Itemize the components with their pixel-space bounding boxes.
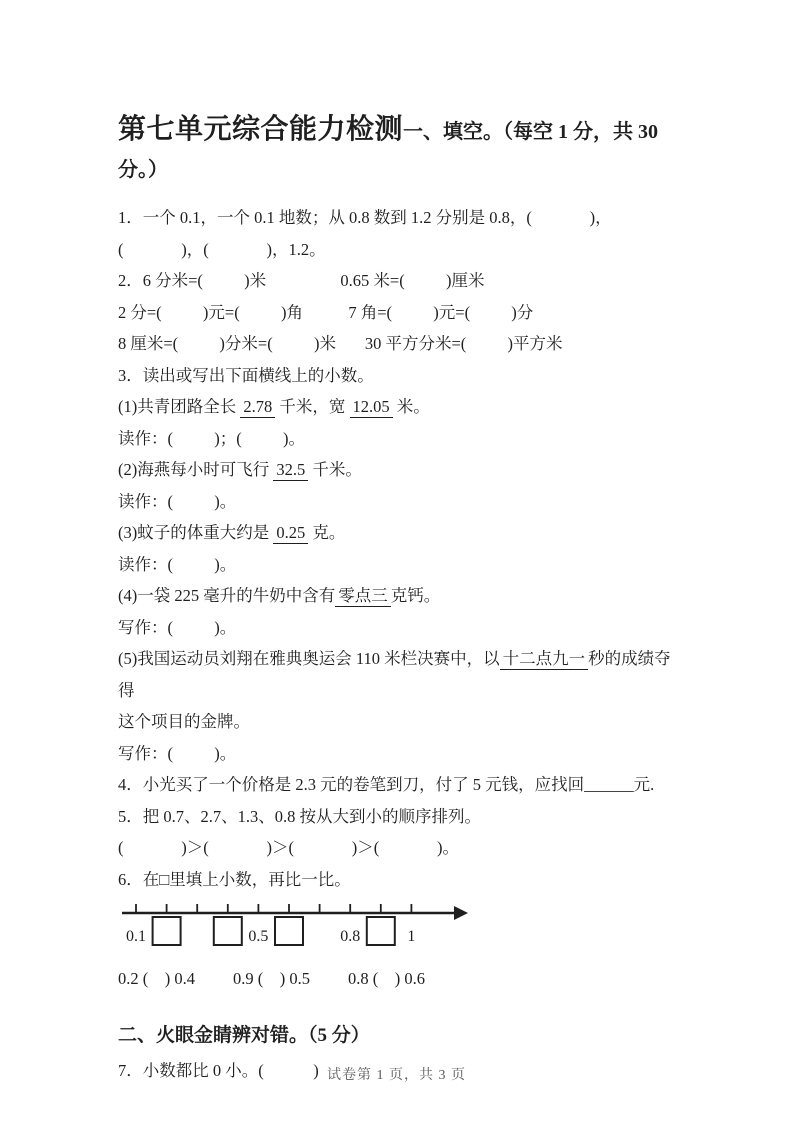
comparison-item-3: 0.8 ( ) 0.6 <box>348 967 425 991</box>
comparison-item-2: 0.9 ( ) 0.5 <box>233 967 310 991</box>
text-segment: 这个项目的金牌。 <box>118 712 250 731</box>
text-segment: (2)海燕每小时可飞行 <box>118 460 273 479</box>
tick-label: 0.8 <box>340 928 360 945</box>
question-line-9: (2)海燕每小时可飞行 32.5 千米。 <box>118 454 684 486</box>
underlined-value: 0.25 <box>273 523 308 544</box>
question-line-13: (4)一袋 225 毫升的牛奶中含有零点三克钙。 <box>118 580 684 612</box>
comparison-item-1: 0.2 ( ) 0.4 <box>118 967 195 991</box>
text-segment: 克钙。 <box>391 586 441 605</box>
underlined-value: 十二点九一 <box>500 649 589 670</box>
question-line-10: 读作：( )。 <box>118 486 684 518</box>
axis-arrowhead-icon <box>454 906 468 920</box>
question-line-21: 6．在□里填上小数，再比一比。 <box>118 864 684 896</box>
text-segment: 读作：( )。 <box>118 492 236 511</box>
test-paper-page: 第七单元综合能力检测一、填空。（每空 1 分，共 30 分。） 1．一个 0.1… <box>0 0 793 1122</box>
question-line-14: 写作：( )。 <box>118 612 684 644</box>
question-line-17: 写作：( )。 <box>118 738 684 770</box>
question-line-6: 3．读出或写出下面横线上的小数。 <box>118 360 684 392</box>
text-segment: 2 分=( )元=( )角 7 角=( )元=( )分 <box>118 303 533 322</box>
question-line-5: 8 厘米=( )分米=( )米 30 平方分米=( )平方米 <box>118 328 684 360</box>
text-segment: 千米，宽 <box>275 397 349 416</box>
text-segment: 2．6 分米=( )米 0.65 米=( )厘米 <box>118 271 484 290</box>
title-row: 第七单元综合能力检测一、填空。（每空 1 分，共 30 分。） <box>118 112 684 190</box>
question-line-1: 1．一个 0.1，一个 0.1 地数；从 0.8 数到 1.2 分别是 0.8，… <box>118 202 684 234</box>
page-title: 第七单元综合能力检测 <box>118 114 403 145</box>
text-segment: 8 厘米=( )分米=( )米 30 平方分米=( )平方米 <box>118 334 563 353</box>
tick-label: 1 <box>407 928 415 945</box>
text-segment: ( )＞( )＞( )＞( )。 <box>118 838 459 857</box>
underlined-value: 2.78 <box>240 397 275 418</box>
tick-label: 0.5 <box>248 928 268 945</box>
fill-in-box <box>153 917 181 945</box>
question-line-18: 4．小光买了一个价格是 2.3 元的卷笔到刀，付了 5 元钱，应找回______… <box>118 769 684 801</box>
comparison-row: 0.2 ( ) 0.40.9 ( ) 0.50.8 ( ) 0.6 <box>118 967 684 991</box>
text-segment: 写作：( )。 <box>118 744 236 763</box>
question-line-15: (5)我国运动员刘翔在雅典奥运会 110 米栏决赛中，以十二点九一秒的成绩夺得 <box>118 643 684 706</box>
text-segment: 千米。 <box>308 460 362 479</box>
text-segment: 6．在□里填上小数，再比一比。 <box>118 870 351 889</box>
page-content: 第七单元综合能力检测一、填空。（每空 1 分，共 30 分。） 1．一个 0.1… <box>118 112 684 1087</box>
text-segment: (3)蚊子的体重大约是 <box>118 523 273 542</box>
text-segment: 1．一个 0.1，一个 0.1 地数；从 0.8 数到 1.2 分别是 0.8，… <box>118 208 612 227</box>
text-segment: 读作：( )；( )。 <box>118 429 305 448</box>
question-line-11: (3)蚊子的体重大约是 0.25 克。 <box>118 517 684 549</box>
question-line-12: 读作：( )。 <box>118 549 684 581</box>
text-segment: 4．小光买了一个价格是 2.3 元的卷笔到刀，付了 5 元钱，应找回______… <box>118 775 654 794</box>
fill-in-box <box>275 917 303 945</box>
question-line-19: 5．把 0.7、2.7、1.3、0.8 按从大到小的顺序排列。 <box>118 801 684 833</box>
question-line-16: 这个项目的金牌。 <box>118 706 684 738</box>
number-line-figure: 0.10.50.81 <box>120 899 480 965</box>
question-line-7: (1)共青团路全长 2.78 千米，宽 12.05 米。 <box>118 391 684 423</box>
underlined-value: 12.05 <box>350 397 393 418</box>
text-segment: 读作：( )。 <box>118 555 236 574</box>
tick-label: 0.1 <box>126 928 146 945</box>
text-segment: (5)我国运动员刘翔在雅典奥运会 110 米栏决赛中，以 <box>118 649 500 668</box>
text-segment: 克。 <box>308 523 345 542</box>
text-segment: 3．读出或写出下面横线上的小数。 <box>118 366 374 385</box>
question-line-4: 2 分=( )元=( )角 7 角=( )元=( )分 <box>118 297 684 329</box>
page-footer: 试卷第 1 页，共 3 页 <box>0 1064 793 1084</box>
underlined-value: 32.5 <box>273 460 308 481</box>
question-line-3: 2．6 分米=( )米 0.65 米=( )厘米 <box>118 265 684 297</box>
text-segment: (4)一袋 225 毫升的牛奶中含有 <box>118 586 335 605</box>
fill-in-section: 1．一个 0.1，一个 0.1 地数；从 0.8 数到 1.2 分别是 0.8，… <box>118 202 684 895</box>
section-2-header: 二、火眼金睛辨对错。（5 分） <box>118 1021 684 1051</box>
text-segment: ( )，( )，1.2。 <box>118 240 326 259</box>
text-segment: (1)共青团路全长 <box>118 397 240 416</box>
number-line-block: 0.10.50.81 <box>120 899 684 965</box>
question-line-8: 读作：( )；( )。 <box>118 423 684 455</box>
underlined-value: 零点三 <box>335 586 391 607</box>
fill-in-box <box>367 917 395 945</box>
text-segment: 写作：( )。 <box>118 618 236 637</box>
fill-in-box <box>214 917 242 945</box>
text-segment: 5．把 0.7、2.7、1.3、0.8 按从大到小的顺序排列。 <box>118 807 481 826</box>
question-line-20: ( )＞( )＞( )＞( )。 <box>118 832 684 864</box>
question-line-2: ( )，( )，1.2。 <box>118 234 684 266</box>
text-segment: 米。 <box>393 397 430 416</box>
